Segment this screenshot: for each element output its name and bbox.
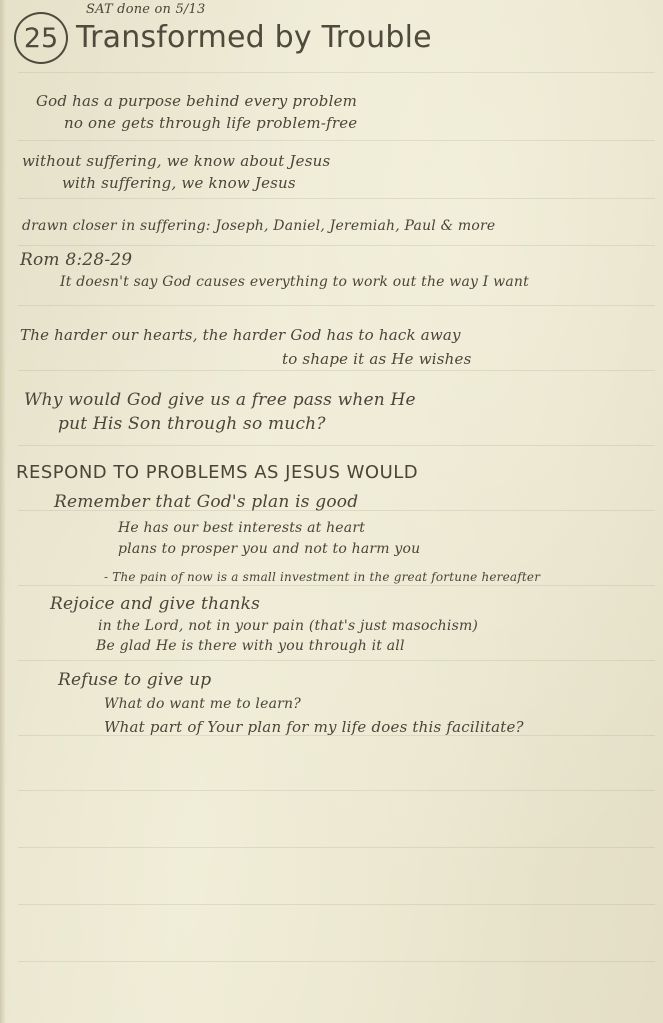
- page-title: Transformed by Trouble: [76, 20, 432, 55]
- note-line: without suffering, we know about Jesus: [22, 152, 330, 170]
- note-line: with suffering, we know Jesus: [62, 174, 296, 192]
- point-sub: in the Lord, not in your pain (that's ju…: [98, 618, 478, 634]
- note-line: put His Son through so much?: [58, 414, 326, 434]
- ruled-line: [18, 305, 655, 306]
- note-number: 25: [24, 23, 58, 54]
- point-title: Remember that God's plan is good: [54, 492, 358, 512]
- ruled-line: [18, 847, 655, 848]
- note-number-circle: 25: [14, 12, 68, 64]
- ruled-line: [18, 904, 655, 905]
- note-line: God has a purpose behind every problem: [36, 92, 357, 110]
- point-sub: He has our best interests at heart: [118, 520, 365, 536]
- point-sub: What part of Your plan for my life does …: [104, 718, 524, 736]
- point-sub: Be glad He is there with you through it …: [96, 638, 405, 654]
- ruled-line: [18, 370, 655, 371]
- point-sub: - The pain of now is a small investment …: [104, 570, 540, 584]
- point-sub: plans to prosper you and not to harm you: [118, 541, 420, 557]
- scripture-reference: Rom 8:28-29: [20, 250, 132, 270]
- ruled-line: [18, 445, 655, 446]
- point-sub: What do want me to learn?: [104, 696, 301, 712]
- header-note: SAT done on 5/13: [86, 2, 205, 17]
- note-line: The harder our hearts, the harder God ha…: [20, 326, 461, 344]
- point-title: Refuse to give up: [58, 670, 211, 690]
- ruled-line: [18, 961, 655, 962]
- ruled-line: [18, 198, 655, 199]
- notebook-page: 25 SAT done on 5/13 Transformed by Troub…: [0, 0, 663, 1023]
- ruled-line: [18, 790, 655, 791]
- ruled-line: [18, 72, 655, 73]
- point-title: Rejoice and give thanks: [50, 594, 260, 614]
- ruled-line: [18, 140, 655, 141]
- page-left-edge: [0, 0, 6, 1023]
- note-line: no one gets through life problem-free: [64, 114, 357, 132]
- ruled-line: [18, 585, 655, 586]
- ruled-line: [18, 660, 655, 661]
- section-heading: RESPOND TO PROBLEMS AS JESUS WOULD: [16, 462, 418, 483]
- ruled-line: [18, 245, 655, 246]
- note-line: drawn closer in suffering: Joseph, Danie…: [22, 218, 495, 234]
- note-line: It doesn't say God causes everything to …: [60, 274, 529, 290]
- note-line: to shape it as He wishes: [282, 350, 471, 368]
- note-line: Why would God give us a free pass when H…: [24, 390, 416, 410]
